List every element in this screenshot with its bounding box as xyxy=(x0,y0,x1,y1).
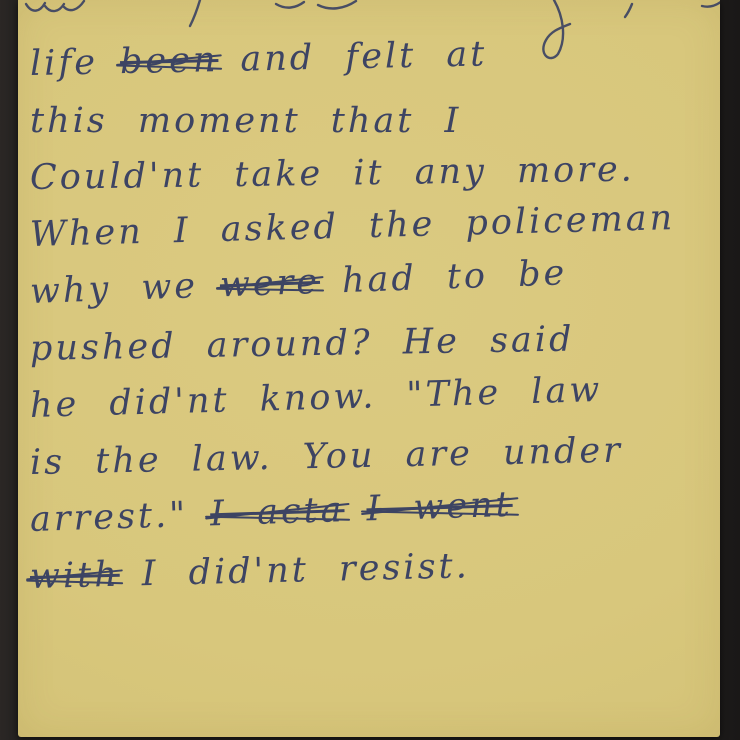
struck-out-word: with xyxy=(29,547,120,606)
struck-out-word: been xyxy=(119,32,219,91)
handwritten-text: why we xyxy=(29,258,199,321)
struck-out-word: I went xyxy=(366,477,514,539)
struck-out-word: were xyxy=(219,254,321,314)
photo-background: lifebeenand felt atthis moment that ICou… xyxy=(0,0,740,740)
handwritten-text: life xyxy=(29,35,98,93)
handwriting-lines: lifebeenand felt atthis moment that ICou… xyxy=(30,36,716,606)
handwritten-text: and felt at xyxy=(240,26,488,88)
cropped-letter-stroke xyxy=(45,4,64,11)
cropped-letter-stroke xyxy=(64,1,84,10)
handwritten-text: had to be xyxy=(341,245,568,310)
note-paper: lifebeenand felt atthis moment that ICou… xyxy=(18,0,720,737)
handwritten-text: arrest." xyxy=(29,487,189,549)
struck-out-word: I acta xyxy=(209,482,345,543)
cropped-letter-stroke xyxy=(26,3,45,11)
cropped-descender-stroke xyxy=(190,0,200,26)
handwritten-text: this moment that I xyxy=(30,93,461,150)
handwritten-text: I did'nt resist. xyxy=(141,538,470,603)
cropped-letter-stroke xyxy=(276,2,304,8)
cropped-letter-stroke xyxy=(702,1,720,7)
cropped-letter-stroke xyxy=(318,1,356,8)
cropped-tick-stroke xyxy=(625,4,632,17)
